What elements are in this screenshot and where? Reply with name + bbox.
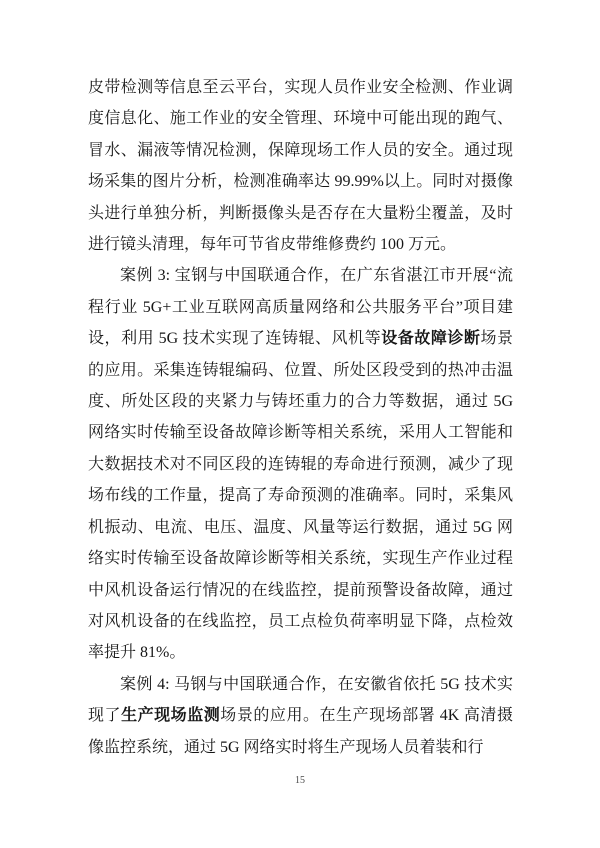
text-run: 场景的应用。采集连铸辊编码、位置、所处区段受到的热冲击温度、所处区段的夹紧力与铸… <box>88 330 513 661</box>
text-run-bold-equipment-fault-diagnosis: 设备故障诊断 <box>381 330 480 347</box>
paragraph-case-4: 案例 4: 马钢与中国联通合作，在安徽省依托 5G 技术实现了生产现场监测场景的… <box>88 669 513 763</box>
document-page: 皮带检测等信息至云平台，实现人员作业安全检测、作业调度信息化、施工作业的安全管理… <box>0 0 600 848</box>
page-number: 15 <box>0 775 600 787</box>
paragraph-belt-detection: 皮带检测等信息至云平台，实现人员作业安全检测、作业调度信息化、施工作业的安全管理… <box>88 72 513 260</box>
text-run-bold-production-site-monitoring: 生产现场监测 <box>121 707 220 724</box>
paragraph-case-3: 案例 3: 宝钢与中国联通合作，在广东省湛江市开展“流程行业 5G+工业互联网高… <box>88 260 513 668</box>
text-block: 皮带检测等信息至云平台，实现人员作业安全检测、作业调度信息化、施工作业的安全管理… <box>88 72 513 763</box>
text-run: 皮带检测等信息至云平台，实现人员作业安全检测、作业调度信息化、施工作业的安全管理… <box>88 79 513 253</box>
